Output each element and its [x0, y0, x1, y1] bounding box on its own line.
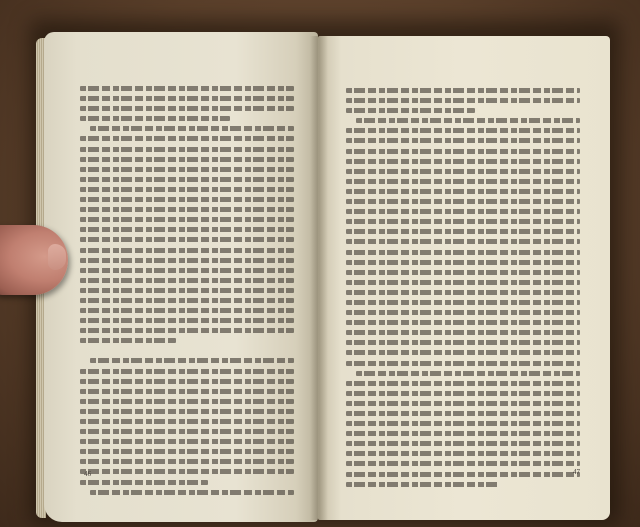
text-line	[80, 288, 294, 293]
text-line: György, Schlesien 1895-ben, Nizzában, a …	[90, 358, 294, 363]
text-line	[80, 197, 294, 202]
text-line	[80, 369, 294, 374]
text-line	[346, 310, 580, 315]
text-line	[346, 199, 580, 204]
text-line	[80, 106, 294, 111]
text-line	[346, 482, 498, 487]
text-line	[346, 391, 580, 396]
text-line	[346, 320, 580, 325]
left-page: Mademoiselle Jacqueline a pillanatban me…	[44, 32, 318, 522]
text-line	[80, 147, 294, 152]
text-line	[80, 157, 294, 162]
text-line	[80, 308, 294, 313]
photo-scene: Mademoiselle Jacqueline a pillanatban me…	[0, 0, 640, 527]
text-line	[80, 116, 230, 121]
text-line	[80, 459, 294, 464]
open-book: Mademoiselle Jacqueline a pillanatban me…	[44, 28, 610, 520]
text-line	[346, 401, 580, 406]
text-line	[346, 411, 580, 416]
text-line	[346, 189, 580, 194]
text-line	[346, 441, 580, 446]
text-line	[346, 431, 580, 436]
text-line: az évben az egész kastélyt (parknak lept…	[346, 98, 580, 103]
text-line	[80, 399, 294, 404]
text-line	[80, 429, 294, 434]
text-line	[80, 449, 294, 454]
text-line	[346, 361, 580, 366]
text-line	[346, 179, 580, 184]
text-line	[346, 421, 580, 426]
text-line	[80, 248, 294, 253]
text-line	[80, 96, 294, 101]
text-line	[346, 280, 580, 285]
thumbnail-highlight	[48, 244, 66, 270]
text-line	[80, 409, 294, 414]
text-line	[346, 219, 580, 224]
text-line	[80, 298, 294, 303]
text-line	[346, 209, 580, 214]
text-line	[346, 239, 580, 244]
paragraph-gap	[80, 348, 294, 358]
text-line	[80, 278, 294, 283]
page-number-left: 46	[84, 470, 91, 478]
text-line	[80, 419, 294, 424]
text-line: szobákat építettek, festettek és tapétáz…	[346, 108, 475, 113]
text-line	[80, 318, 294, 323]
text-line	[80, 379, 294, 384]
text-line	[346, 451, 580, 456]
book-spine-gutter	[310, 36, 328, 520]
text-line	[346, 159, 580, 164]
text-line	[346, 330, 580, 335]
text-line	[346, 260, 580, 265]
right-page-text: rátjával az egyik erdőterületre mentek n…	[346, 88, 580, 487]
right-page: rátjával az egyik erdőterületre mentek n…	[318, 36, 610, 520]
text-line	[346, 290, 580, 295]
text-line	[346, 340, 580, 345]
text-line	[80, 258, 294, 263]
text-line	[346, 138, 580, 143]
text-line	[80, 187, 294, 192]
text-line: Helmut valami távoli rokonáról...	[356, 118, 580, 123]
text-line	[80, 177, 294, 182]
text-line	[80, 389, 294, 394]
left-page-text: Mademoiselle Jacqueline a pillanatban me…	[80, 86, 294, 495]
text-line: A grófné hirtelen felállt	[90, 126, 294, 131]
text-line	[80, 167, 294, 172]
text-line	[346, 128, 580, 133]
text-line	[346, 350, 580, 355]
text-line	[346, 250, 580, 255]
text-line	[346, 270, 580, 275]
text-line: Mademoiselle Jacqueline a pillanatban me…	[80, 86, 294, 91]
text-line	[80, 469, 294, 474]
page-number-right: 47	[573, 468, 580, 476]
text-line	[80, 237, 294, 242]
text-line	[80, 217, 294, 222]
text-line	[80, 439, 294, 444]
text-line	[80, 207, 294, 212]
text-line	[80, 227, 294, 232]
text-line	[346, 229, 580, 234]
text-line: A nevelő az a két fiúval a nyáron...	[356, 371, 580, 376]
text-line	[346, 381, 580, 386]
text-line	[80, 480, 208, 485]
text-line	[80, 268, 294, 273]
text-line	[346, 461, 580, 466]
text-line: Tizenhétévesen került a gyerekszobából a…	[90, 490, 294, 495]
text-line	[80, 338, 176, 343]
text-line	[346, 149, 580, 154]
text-line	[80, 328, 294, 333]
text-line	[346, 169, 580, 174]
text-line: rátjával az egyik erdőterületre mentek n…	[346, 88, 580, 93]
text-line	[80, 136, 294, 141]
text-line	[346, 300, 580, 305]
text-line	[346, 472, 580, 477]
